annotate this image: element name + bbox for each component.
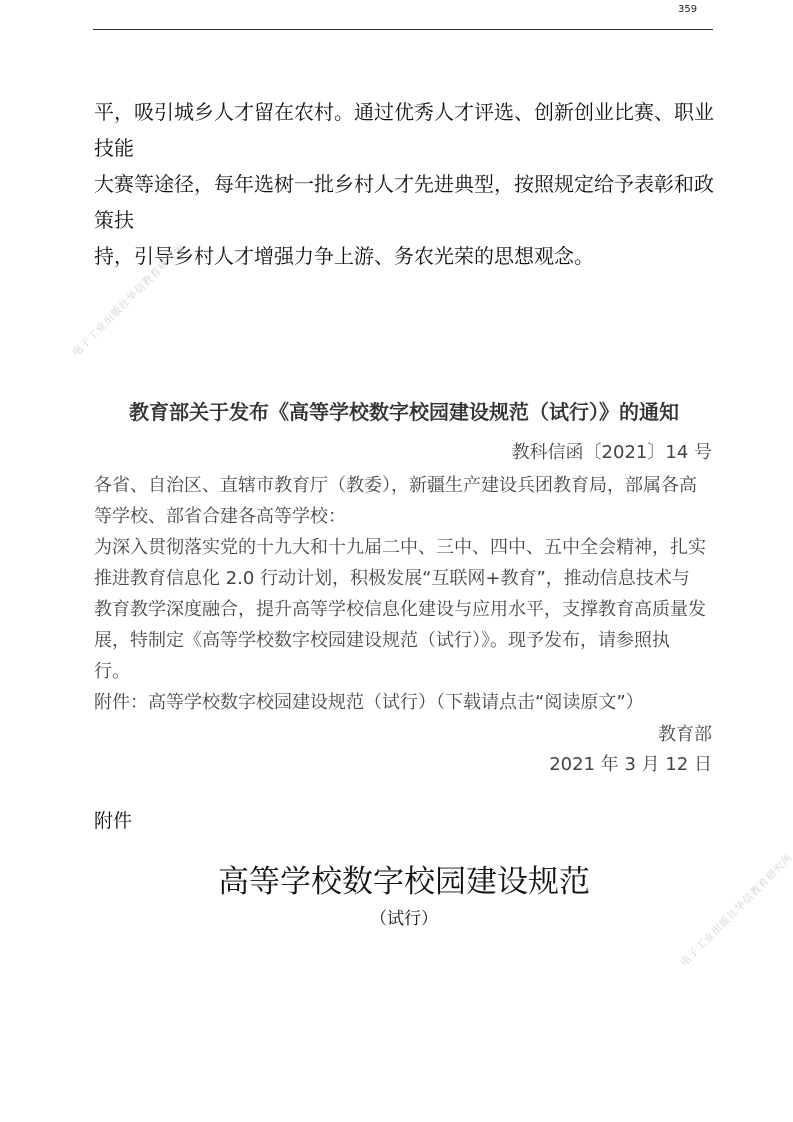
body-line: 教育教学深度融合，提升高等学校信息化建设与应用水平，支撑教育高质量发 — [94, 594, 714, 625]
spec-title: 高等学校数字校园建设规范 — [94, 856, 714, 901]
intro-line: 持，引导乡村人才增强力争上游、务农光荣的思想观念。 — [94, 238, 720, 274]
body-line: 等学校、部省合建各高等学校： — [94, 501, 714, 532]
attachment-reference-link: 附件：高等学校数字校园建设规范（试行）（下载请点击“阅读原文”） — [94, 687, 714, 718]
body-line: 推进教育信息化 2.0 行动计划，积极发展“互联网+教育”，推动信息技术与 — [94, 563, 714, 594]
intro-paragraph: 平，吸引城乡人才留在农村。通过优秀人才评选、创新创业比赛、职业技能 大赛等途径，… — [94, 94, 720, 274]
body-line: 行。 — [94, 656, 714, 687]
document-number: 教科信函〔2021〕14 号 — [94, 438, 712, 464]
intro-line: 大赛等途径，每年选树一批乡村人才先进典型，按照规定给予表彰和政策扶 — [94, 166, 720, 238]
spec-subtitle: （试行） — [94, 904, 714, 929]
notice-body: 各省、自治区、直辖市教育厅（教委），新疆生产建设兵团教育局，部属各高 等学校、部… — [94, 470, 714, 718]
body-line: 展，特制定《高等学校数字校园建设规范（试行）》。现予发布，请参照执 — [94, 625, 714, 656]
page-number: 359 — [678, 4, 697, 15]
issue-date: 2021 年 3 月 12 日 — [94, 750, 712, 776]
header-rule — [93, 29, 713, 30]
body-line: 各省、自治区、直辖市教育厅（教委），新疆生产建设兵团教育局，部属各高 — [94, 470, 714, 501]
attachment-label: 附件 — [94, 806, 132, 833]
body-line: 为深入贯彻落实党的十九大和十九届二中、三中、四中、五中全会精神，扎实 — [94, 532, 714, 563]
intro-line: 平，吸引城乡人才留在农村。通过优秀人才评选、创新创业比赛、职业技能 — [94, 94, 720, 166]
issuer: 教育部 — [94, 720, 712, 746]
notice-title: 教育部关于发布《高等学校数字校园建设规范（试行）》的通知 — [94, 396, 714, 425]
